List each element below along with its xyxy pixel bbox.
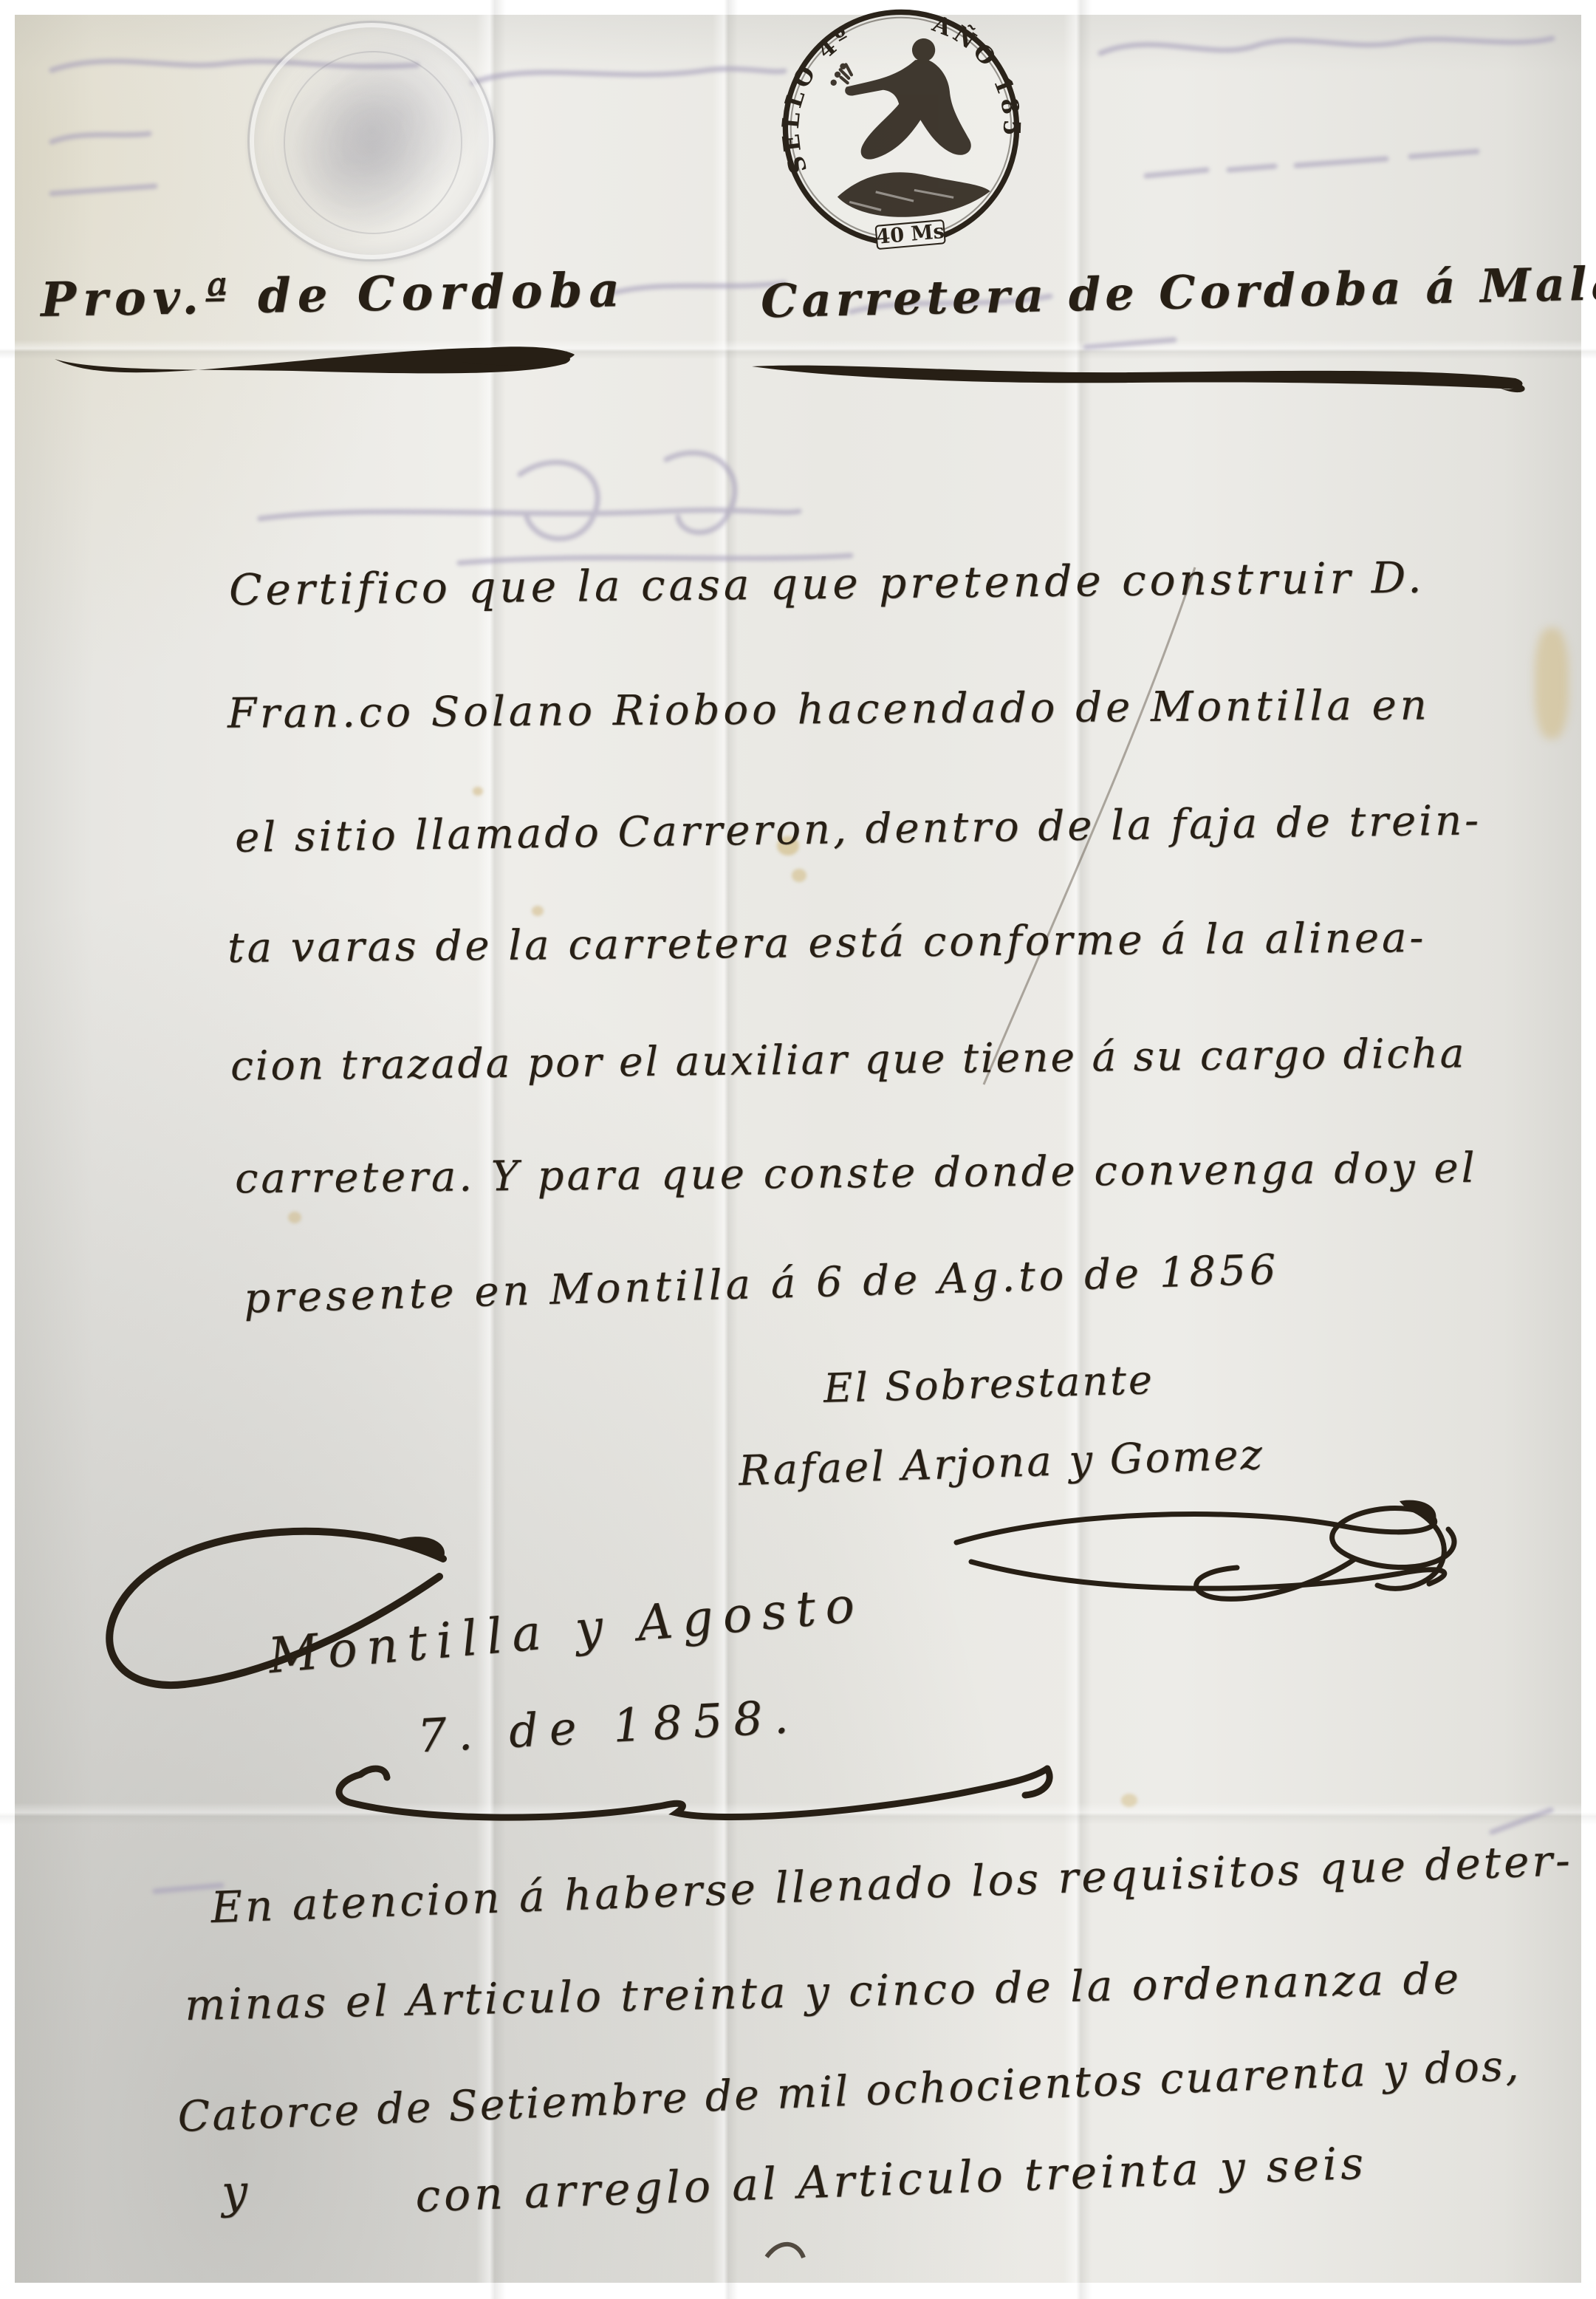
header-province-underline-flourish-icon bbox=[49, 325, 588, 384]
header-province: Prov.ª de Cordoba bbox=[40, 262, 626, 328]
closing-role-line: El Sobrestante bbox=[823, 1356, 1154, 1412]
revenue-stamp: SELLO 4º AÑO 1850. 40 Ms bbox=[764, 0, 1038, 262]
body-line: Fran.co Solano Rioboo hacendado de Monti… bbox=[227, 681, 1431, 737]
scanned-document: SELLO 4º AÑO 1850. 40 Ms Prov.ª de Cordo… bbox=[0, 0, 1596, 2299]
signature-rubric-flourish-icon bbox=[942, 1491, 1492, 1627]
date-underline-flourish-icon bbox=[309, 1752, 1058, 1837]
header-road-underline-flourish-icon bbox=[747, 346, 1541, 397]
decree-final-lead: y bbox=[221, 2164, 252, 2218]
date-opening-flourish-icon bbox=[74, 1514, 458, 1714]
embossed-seal bbox=[247, 21, 496, 262]
